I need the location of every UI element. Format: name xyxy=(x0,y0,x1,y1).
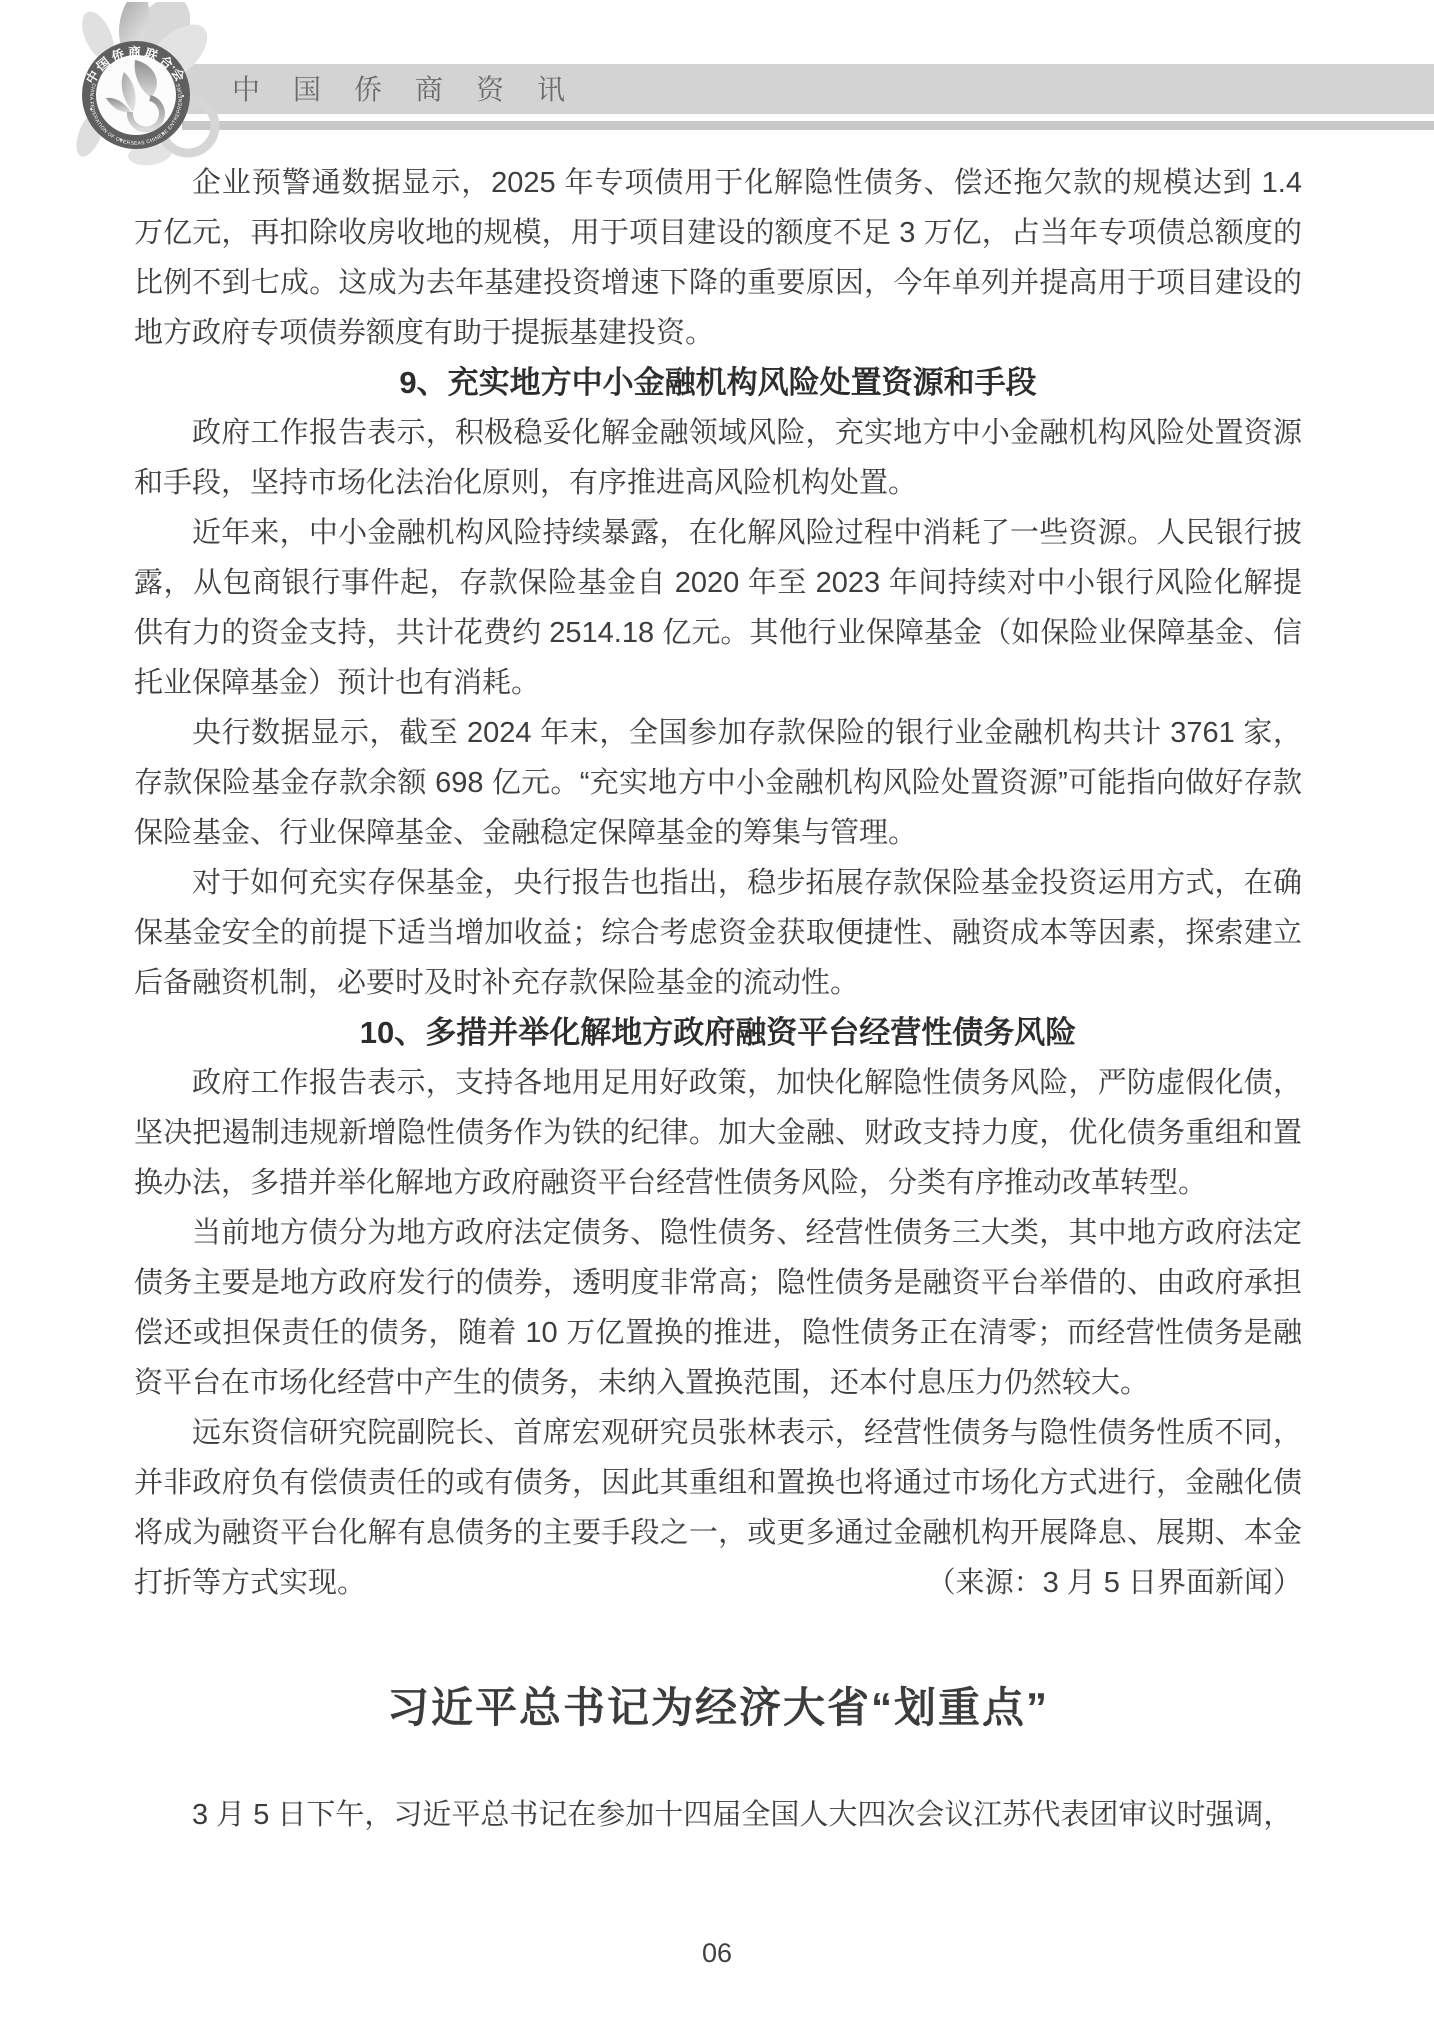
article-title: 习近平总书记为经济大省“划重点” xyxy=(134,1678,1302,1738)
header-divider-strip xyxy=(182,121,1434,130)
section-heading-9: 9、充实地方中小金融机构风险处置资源和手段 xyxy=(134,358,1302,408)
paragraph-deposit-insurance: 近年来，中小金融机构风险持续暴露，在化解风险过程中消耗了一些资源。人民银行披露，… xyxy=(134,508,1302,708)
page-header: 中国侨商资讯 xyxy=(0,0,1434,175)
page-number: 06 xyxy=(702,1938,732,1968)
paragraph-fund-replenish: 对于如何充实存保基金，央行报告也指出，稳步拓展存款保险基金投资运用方式，在确保基… xyxy=(134,858,1302,1008)
source-attribution: （来源：3 月 5 日界面新闻） xyxy=(927,1558,1302,1608)
article-body: 企业预警通数据显示，2025 年专项债用于化解隐性债务、偿还拖欠款的规模达到 1… xyxy=(134,158,1302,1840)
paragraph-central-bank-data: 央行数据显示，截至 2024 年末，全国参加存款保险的银行业金融机构共计 376… xyxy=(134,708,1302,858)
paragraph-gov-report: 政府工作报告表示，积极稳妥化解金融领域风险，充实地方中小金融机构风险处置资源和手… xyxy=(134,408,1302,508)
paragraph-debt-policy: 政府工作报告表示，支持各地用足用好政策，加快化解隐性债务风险，严防虚假化债，坚决… xyxy=(134,1058,1302,1208)
paragraph-conclusion: 远东资信研究院副院长、首席宏观研究员张林表示，经营性债务与隐性债务性质不同，并非… xyxy=(134,1408,1302,1608)
header-banner: 中国侨商资讯 xyxy=(182,64,1434,114)
section-heading-10: 10、多措并举化解地方政府融资平台经营性债务风险 xyxy=(134,1008,1302,1058)
association-seal-icon: 中国侨商联合会 CHINA FEDERATION OF OVERSEAS CHI… xyxy=(38,2,223,170)
page-footer: 06 xyxy=(0,1938,1434,1969)
paragraph-debt-categories: 当前地方债分为地方政府法定债务、隐性债务、经营性债务三大类，其中地方政府法定债务… xyxy=(134,1208,1302,1408)
banner-title: 中国侨商资讯 xyxy=(232,64,598,114)
seal-logo-svg: 中国侨商联合会 CHINA FEDERATION OF OVERSEAS CHI… xyxy=(38,2,223,170)
paragraph-special-bond: 企业预警通数据显示，2025 年专项债用于化解隐性债务、偿还拖欠款的规模达到 1… xyxy=(134,158,1302,358)
paragraph-article2-lead: 3 月 5 日下午，习近平总书记在参加十四届全国人大四次会议江苏代表团审议时强调… xyxy=(134,1790,1302,1840)
